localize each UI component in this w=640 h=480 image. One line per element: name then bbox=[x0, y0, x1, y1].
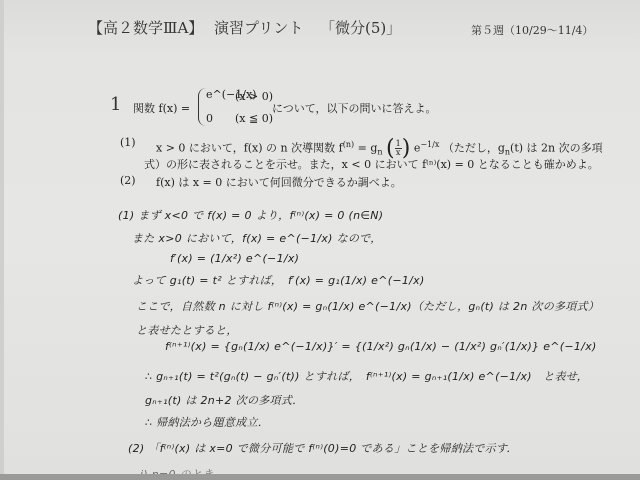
hand-line-8: ∴ gₙ₊₁(t) = t²(gₙ(t) − gₙ′(t)) とすれば， f⁽ⁿ… bbox=[145, 368, 588, 384]
part1-label: (1) bbox=[120, 136, 136, 149]
hand-line-10: ∴ 帰納法から題意成立． bbox=[145, 414, 269, 430]
part1-text-d: （ただし，g bbox=[443, 142, 505, 155]
hand-line-9: gₙ₊₁(t) は 2n+2 次の多項式． bbox=[145, 392, 303, 408]
page-edge-left bbox=[0, 0, 4, 480]
hand-line-1: (1) まず x<0 で f(x) = 0 より，f⁽ⁿ⁾(x) = 0 (n∈… bbox=[118, 207, 383, 223]
hand-line-3: f′(x) = (1/x²) e^(−1/x) bbox=[170, 252, 299, 265]
hand-line-2: また x>0 において，f(x) = e^(−1/x) なので， bbox=[132, 230, 382, 246]
topic-title: 「微分(5)」 bbox=[320, 17, 401, 38]
page-title: 演習プリント bbox=[214, 17, 303, 38]
problem-intro-prefix: 関数 f(x) = bbox=[133, 100, 190, 116]
one-over-x: 1x bbox=[395, 140, 402, 157]
part1-text-b: = g bbox=[354, 142, 377, 155]
hand-line-5: ここで，自然数 n に対し f⁽ⁿ⁾(x) = gₙ(1/x) e^(−1/x)… bbox=[136, 298, 599, 314]
part1-exp: −1/x bbox=[420, 140, 439, 149]
hand-line-11: (2) 「f⁽ⁿ⁾(x) は x=0 で微分可能で f⁽ⁿ⁾(0)=0 である」… bbox=[128, 440, 518, 456]
hand-line-6: と表せたとすると， bbox=[136, 322, 238, 338]
course-label: 【高２数学ⅢA】 bbox=[88, 17, 203, 38]
hand-line-4: よって g₁(t) = t² とすれば， f′(x) = g₁(1/x) e^(… bbox=[132, 272, 425, 288]
page-edge-bottom bbox=[0, 474, 640, 480]
part1-sup: (n) bbox=[343, 140, 354, 149]
case2-condition: (x ≦ 0) bbox=[235, 112, 273, 125]
part1-line2: 式）の形に表されることを示せ。また，x < 0 において f⁽ⁿ⁾(x) = 0… bbox=[144, 156, 599, 172]
hand-line-7: f⁽ⁿ⁺¹⁾(x) = {gₙ(1/x) e^(−1/x)}′ = {(1/x²… bbox=[165, 340, 597, 353]
week-label: 第５週（10/29〜11/4） bbox=[471, 22, 593, 38]
case1-condition: (x > 0) bbox=[235, 90, 273, 103]
part1-text-a: x > 0 において，f(x) の n 次導関数 f bbox=[156, 142, 343, 155]
case2-expression: 0 bbox=[206, 112, 213, 125]
problem-number: 1 bbox=[110, 94, 121, 115]
part1-text-e: (t) は 2n 次の多項 bbox=[510, 142, 603, 155]
part2-text: f(x) は x = 0 において何回微分できるか調べよ。 bbox=[156, 174, 402, 190]
problem-intro-suffix: について，以下の問いに答えよ。 bbox=[272, 100, 437, 116]
part2-label: (2) bbox=[120, 174, 136, 187]
